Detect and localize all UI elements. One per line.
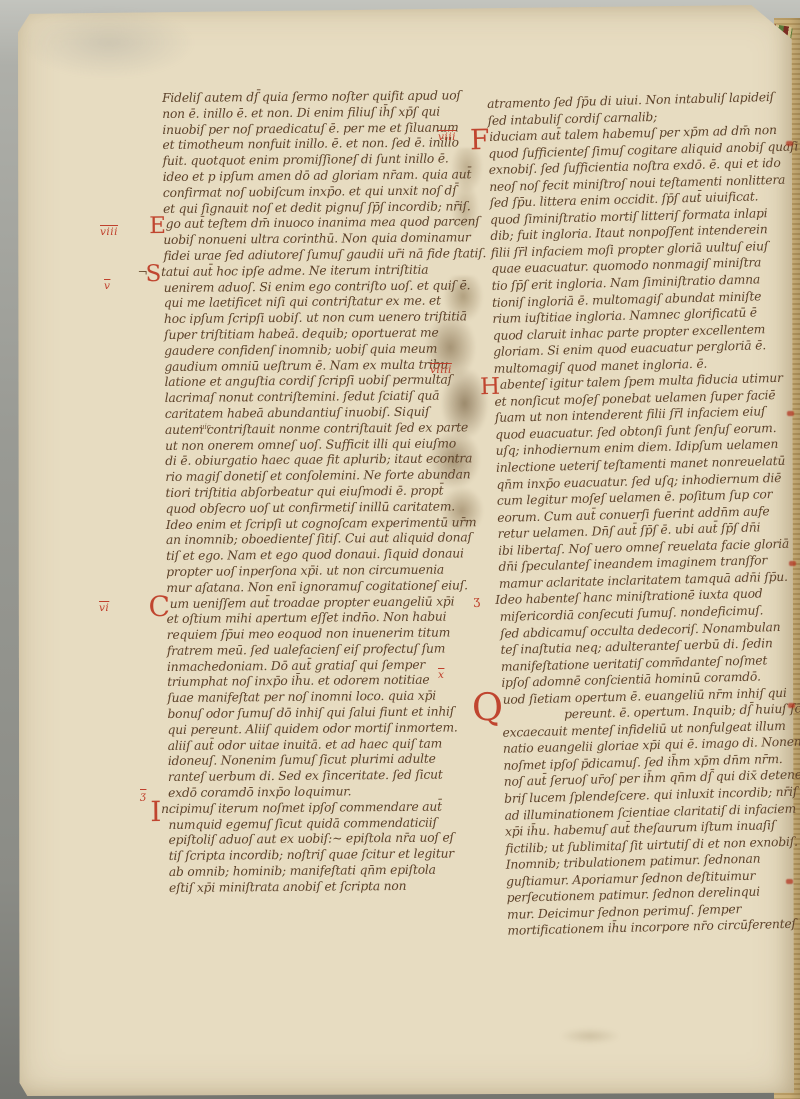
line-text: idoneuſ. Nonenim ſumuſ ſicut plurimi adu… <box>168 752 436 768</box>
line-text: rio magiſ donetiſ et conſolemini. Ne for… <box>165 467 470 484</box>
edge-mark <box>787 411 794 416</box>
edge-mark <box>789 561 796 566</box>
line-text: ut non onerem omneſ uoſ. Sufficit illi q… <box>165 436 456 453</box>
line-text: inuobiſ per noſ praedicatuſ ē. per me et… <box>162 120 458 137</box>
line-text: uenirem aduoſ. Si enim ego contriſto uoſ… <box>164 278 471 295</box>
line-text: epiſtoliſ aduoſ aut ex uobiſ:~ epiſtola … <box>168 831 453 847</box>
line-text: non ē. inillo ē. et non. Di enim filiuſ … <box>162 104 440 120</box>
line-text: um ueniſſem aut̄ troadae propter euangel… <box>170 594 455 610</box>
line-text: et qui ſignauit noſ et dedit pignuſ ſp̄ſ… <box>163 199 471 216</box>
line-text: confirmat noſ uobiſcum inxp̄o. et qui un… <box>163 183 457 200</box>
line-text: inmachedoniam. Dō aut̄ gratiaſ qui ſempe… <box>167 657 425 673</box>
line-text: fratrem meū. ſed ualefacienſ eiſ profect… <box>167 641 445 657</box>
edge-mark <box>788 703 795 708</box>
chapter-numeral-viii-gutter: viii <box>438 132 456 142</box>
line-text: bonuſ odor ſumuſ dō inhiſ qui ſalui fiun… <box>167 705 454 722</box>
line-text: ranteſ uerbum di. Sed ex ſinceritate. ſe… <box>168 768 443 784</box>
line-text: quod obſecro uoſ ut confirmetiſ inillū c… <box>166 499 455 516</box>
chapter-numeral-x-gutter: x <box>438 670 444 680</box>
paragraph-mark: ʒ <box>473 592 495 609</box>
line-text: caritatem habeā abundantiuſ inuobiſ. Siq… <box>165 405 430 421</box>
line-text: ſuper triſtitiam habeā. dequib; oportuer… <box>164 326 439 342</box>
chapter-numeral-viii-left: viii <box>100 227 118 237</box>
line-text: numquid egemuſ ſicut quidā commendaticii… <box>168 815 437 831</box>
line-text: qui pereunt. Aliiſ quidem odor mortiſ in… <box>168 720 458 737</box>
chapter-numeral-viiii-gutter: viiii <box>430 365 452 375</box>
line-text: ncipimuſ iterum noſmet ipſoſ commendare … <box>161 799 442 815</box>
line-text: qui me laetificet niſi qui contriſtatur … <box>164 294 441 310</box>
line-text: tiori triſtitia abſorbeatur qui eiuſmodi… <box>165 483 443 499</box>
line-text: an inomnib; oboedienteſ ſitiſ. Cui aut̄ … <box>166 531 472 548</box>
line-text: uobiſ nonueni ultra corinthū. Non quia d… <box>163 230 470 247</box>
line-text: Fideliſ autem dſ̄ quia ſermo noſter quif… <box>162 88 461 105</box>
text-column-left: Fideliſ autem dſ̄ quia ſermo noſter quif… <box>162 88 471 896</box>
chapter-numeral-v-left: v <box>104 281 110 291</box>
line-text: fuit. quotquot enim promiſſioneſ di ſunt… <box>163 152 449 168</box>
line-text: hoc ipſum ſcripſi uobiſ. ut non cum uene… <box>164 310 467 327</box>
line-text: tiſ ſcripta incordib; noſtriſ quae ſcitu… <box>169 847 454 863</box>
text-line: ab omnib; hominib; manifeſtati qn̄m epiſ… <box>169 862 471 880</box>
line-text: propter uoſ inperſona xp̄i. ut non circu… <box>166 562 444 578</box>
line-text: latione et anguſtia cordiſ ſcripſi uobiſ… <box>164 373 452 390</box>
text-line: eſtiſ xp̄i miniſtrata anobiſ et ſcripta … <box>169 878 471 896</box>
line-text: di ē. obiurgatio haec quae fit aplurib; … <box>165 452 472 469</box>
illuminated-initial: Q <box>472 706 503 707</box>
line-text: ideo et p ipſum amen dō ad gloriam nr̄am… <box>163 167 472 184</box>
line-text: gaudium omniū ueſtrum ē. Nam ex multa tr… <box>164 357 448 373</box>
line-text: go aut̄ teſtem dm̄ inuoco inanima mea qu… <box>166 215 480 232</box>
line-text: exdō coramdō inxp̄o loquimur. <box>168 784 351 800</box>
line-text: tatui aut̄ hoc ipſe adme. Ne iterum intr… <box>161 262 428 278</box>
edge-mark <box>786 879 793 884</box>
line-text: Ideo enim et ſcripſi ut cognoſcam experi… <box>166 515 477 532</box>
interlinear-gloss: uic <box>200 424 211 431</box>
line-text: tiſ et ego. Nam et ego quod donaui. ſiqu… <box>166 546 464 563</box>
line-text: lacrimaſ nonut contriſtemini. ſedut ſcia… <box>165 389 440 405</box>
line-text: ab omnib; hominib; manifeſtati qn̄m epiſ… <box>169 863 436 879</box>
line-text: aliiſ aut̄ odor uitae inuitā. et ad haec… <box>168 736 442 752</box>
line-text: requiem ſp̄ui meo eoquod non inuenerim t… <box>167 626 451 642</box>
text-column-right: atramento ſed ſp̄u di uiui. Non intabuli… <box>487 89 800 940</box>
line-text: triumphat noſ inxp̄o ih̄u. et odorem not… <box>167 673 429 689</box>
chapter-numeral-vi-left: vi <box>99 603 109 613</box>
edge-mark <box>786 141 793 146</box>
line-text: ſuae manifeſtat per noſ inomni loco. qui… <box>167 689 436 705</box>
line-text: gaudere confidenſ inomnib; uobiſ quia me… <box>164 341 437 357</box>
line-text: et timotheum nonfuit inillo. ē. et non. … <box>162 136 458 153</box>
line-text: mur aſatana. Non enī ignoramuſ cogitatio… <box>166 578 468 595</box>
text-line: ranteſ uerbum di. Sed ex ſinceritate. ſe… <box>168 768 470 786</box>
line-text: eſtiſ xp̄i miniſtrata anobiſ et ſcripta … <box>169 879 406 895</box>
line-text: et oſtium mihi apertum eſſet indn̄o. Non… <box>167 610 447 626</box>
line-text: fidei urae ſed adiutoreſ ſumuſ gaudii ur… <box>163 246 486 263</box>
manuscript-photo: Fideliſ autem dſ̄ quia ſermo noſter quif… <box>0 0 800 1099</box>
chapter-numeral-mark-left: ʒ <box>140 791 146 801</box>
